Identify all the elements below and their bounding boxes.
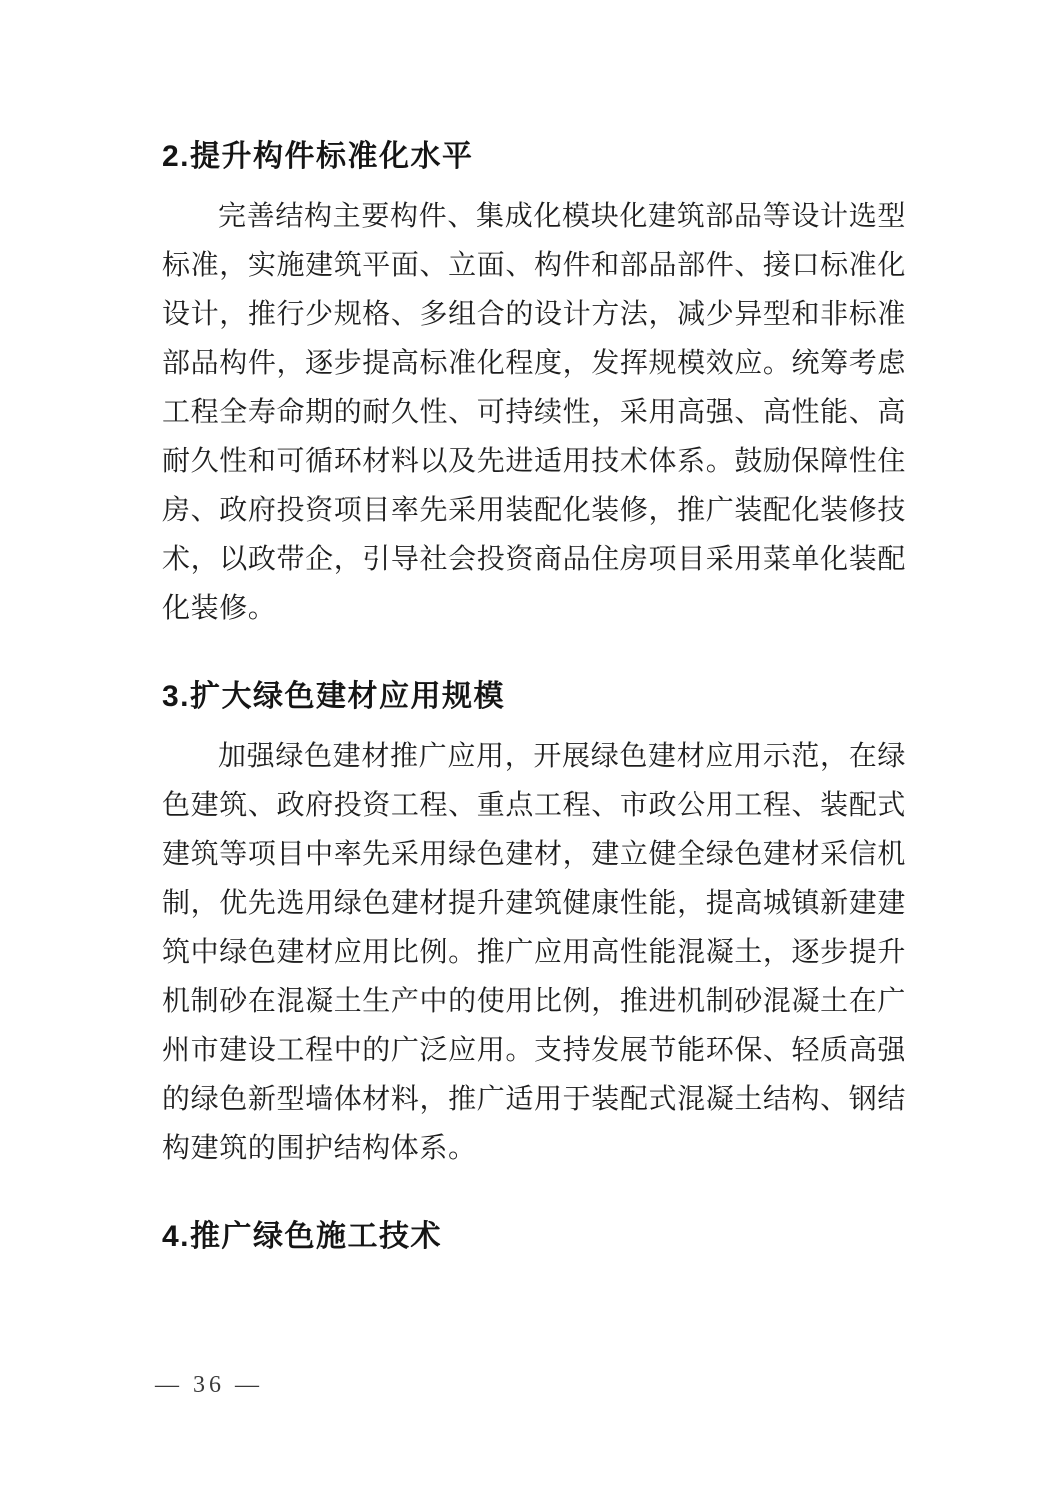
section-2: 2.提升构件标准化水平 完善结构主要构件、集成化模块化建筑部品等设计选型标准，实…	[162, 138, 906, 633]
section-3: 3.扩大绿色建材应用规模 加强绿色建材推广应用，开展绿色建材应用示范，在绿色建筑…	[162, 678, 906, 1173]
section-heading: 3.扩大绿色建材应用规模	[162, 678, 906, 716]
section-heading: 4.推广绿色施工技术	[162, 1218, 906, 1256]
page-number: — 36 —	[155, 1372, 263, 1399]
section-heading: 2.提升构件标准化水平	[162, 138, 906, 176]
document-page: 2.提升构件标准化水平 完善结构主要构件、集成化模块化建筑部品等设计选型标准，实…	[0, 0, 1050, 1485]
paragraph: 加强绿色建材推广应用，开展绿色建材应用示范，在绿色建筑、政府投资工程、重点工程、…	[162, 732, 906, 1173]
section-4: 4.推广绿色施工技术	[162, 1218, 906, 1256]
document-content: 2.提升构件标准化水平 完善结构主要构件、集成化模块化建筑部品等设计选型标准，实…	[162, 138, 906, 1256]
paragraph: 完善结构主要构件、集成化模块化建筑部品等设计选型标准，实施建筑平面、立面、构件和…	[162, 192, 906, 633]
